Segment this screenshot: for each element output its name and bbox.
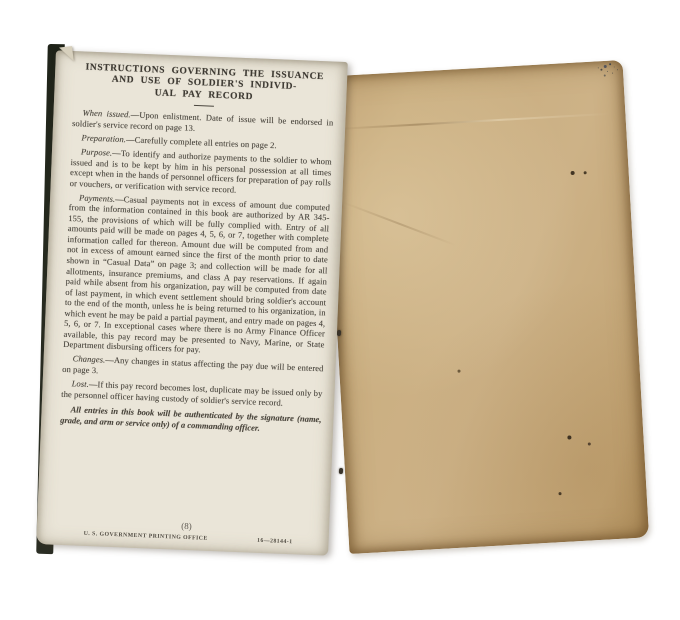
instructions-text-block: INSTRUCTIONS GOVERNING THE ISSUANCE AND … [36,50,348,555]
paper-speck [567,435,571,439]
paper-crease [335,113,611,130]
paper-crease [343,201,456,245]
paper-speck [588,442,591,445]
paragraph-lead: Changes. [72,354,105,365]
title-rule [193,105,213,107]
instruction-paragraph-purpose: Purpose.—To identify and authorize payme… [70,146,332,199]
staple-mark [337,330,341,336]
paper-speck [571,171,575,175]
instruction-paragraph-payments: Payments.—Casual payments not in excess … [63,192,330,361]
paragraph-lead: Lost. [71,378,89,389]
page-footer: (8) U. S. GOVERNMENT PRINTING OFFICE 16—… [56,516,318,546]
paper-speck [584,171,587,174]
authentication-note: All entries in this book will be authent… [60,404,322,436]
paragraph-lead: Preparation. [81,132,126,144]
instructions-page: INSTRUCTIONS GOVERNING THE ISSUANCE AND … [36,50,348,555]
paper-speck [457,370,460,373]
paragraph-lead: Payments. [79,192,115,203]
printer-imprint: U. S. GOVERNMENT PRINTING OFFICE [84,531,208,542]
corner-stain [604,65,607,68]
paragraph-body: —Carefully complete all entries on page … [126,134,277,150]
pay-record-booklet-photo: INSTRUCTIONS GOVERNING THE ISSUANCE AND … [0,0,680,620]
print-code: 16—28144-1 [257,538,293,545]
blank-right-page [323,60,649,554]
staple-mark [339,468,343,474]
paragraph-body: —Casual payments not in excess of amount… [63,194,330,355]
paragraph-lead: Purpose. [81,146,113,157]
page-title: INSTRUCTIONS GOVERNING THE ISSUANCE AND … [73,62,335,106]
paper-speck [558,492,561,495]
